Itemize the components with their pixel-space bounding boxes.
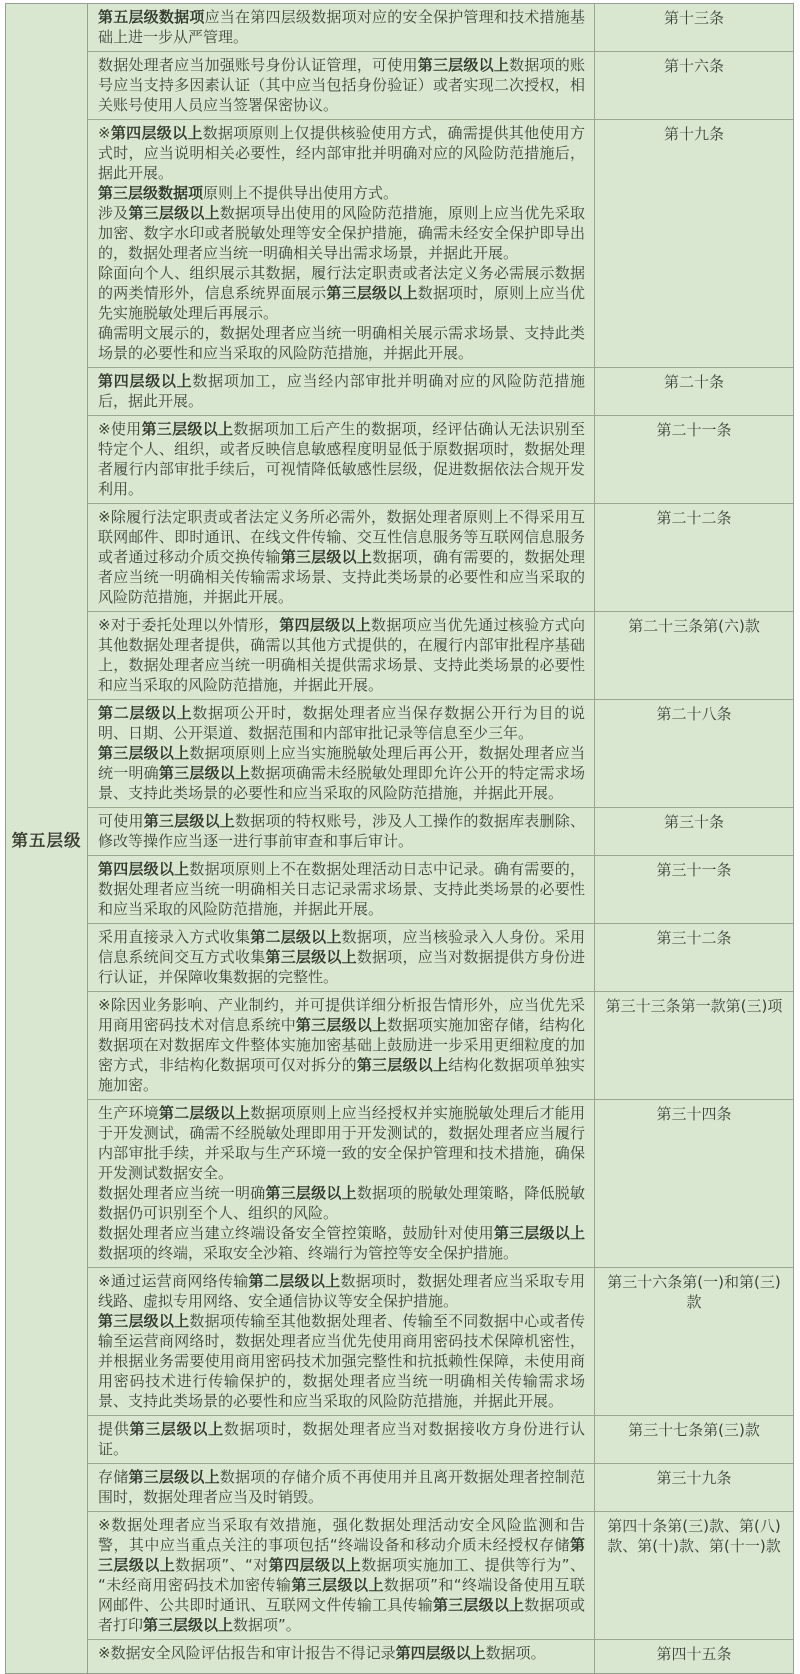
requirement-cell: 第五层级数据项应当在第四层级数据项对应的安全保护管理和技术措施基础上进一步从严管… xyxy=(88,4,595,51)
requirement-paragraph: 第五层级数据项应当在第四层级数据项对应的安全保护管理和技术措施基础上进一步从严管… xyxy=(98,7,585,47)
requirement-paragraph: 第四层级以上数据项加工，应当经内部审批并明确对应的风险防范措施后，据此开展。 xyxy=(98,371,585,411)
data-level-term: 第三层级以上 xyxy=(326,284,417,302)
article-ref-cell: 第三十七条第(三)款 xyxy=(595,1416,793,1463)
article-ref-cell: 第三十一条 xyxy=(595,856,793,923)
requirement-paragraph: 提供第三层级以上数据项时，数据处理者应当对数据接收方身份进行认证。 xyxy=(98,1419,585,1459)
article-ref-cell: 第三十九条 xyxy=(595,1464,793,1511)
requirement-cell: 数据处理者应当加强账号身份认证管理，可使用第三层级以上数据项的账号应当支持多因素… xyxy=(88,52,595,119)
requirement-paragraph: 数据处理者应当加强账号身份认证管理，可使用第三层级以上数据项的账号应当支持多因素… xyxy=(98,55,585,115)
article-ref-cell: 第二十条 xyxy=(595,368,793,415)
level-label-cell: 第五层级 xyxy=(6,4,88,1673)
data-level-term: 第三层级以上 xyxy=(128,1468,219,1486)
article-ref-cell: 第三十条 xyxy=(595,808,793,855)
table-row: ※数据处理者应当采取有效措施，强化数据处理活动安全风险监测和告警，其中应当重点关… xyxy=(88,1512,793,1640)
data-level-term: 第二层级以上 xyxy=(249,1272,341,1290)
requirement-paragraph: 生产环境第二层级以上数据项原则上应当经授权并实施脱敏处理后才能用于开发测试，确需… xyxy=(98,1103,585,1183)
article-ref-cell: 第三十四条 xyxy=(595,1100,793,1267)
data-level-term: 第四层级以上 xyxy=(279,616,371,634)
requirement-paragraph: ※对于委托处理以外情形，第四层级以上数据项应当优先通过核验方式向其他数据处理者提… xyxy=(98,615,585,695)
requirement-cell: 可使用第三层级以上数据项的特权账号，涉及人工操作的数据库表删除、修改等操作应当逐… xyxy=(88,808,595,855)
data-level-term: 第五层级数据项 xyxy=(98,8,205,26)
requirement-paragraph: ※数据安全风险评估报告和审计报告不得记录第四层级以上数据项。 xyxy=(98,1643,585,1663)
requirement-paragraph: ※第四层级以上数据项原则上仅提供核验使用方式，确需提供其他使用方式时，应当说明相… xyxy=(98,123,585,183)
requirement-paragraph: 第二层级以上数据项公开时，数据处理者应当保存数据公开行为目的说明、日期、公开渠道… xyxy=(98,703,585,743)
table-row: ※对于委托处理以外情形，第四层级以上数据项应当优先通过核验方式向其他数据处理者提… xyxy=(88,612,793,700)
data-level-term: 第三层级以上 xyxy=(418,56,509,74)
requirement-cell: ※除履行法定职责或者法定义务所必需外，数据处理者原则上不得采用互联网邮件、即时通… xyxy=(88,504,595,611)
table-row: 第五层级数据项应当在第四层级数据项对应的安全保护管理和技术措施基础上进一步从严管… xyxy=(88,4,793,52)
requirement-cell: 第二层级以上数据项公开时，数据处理者应当保存数据公开行为目的说明、日期、公开渠道… xyxy=(88,700,595,807)
data-level-term: 第三层级以上 xyxy=(98,1312,189,1330)
table-row: 生产环境第二层级以上数据项原则上应当经授权并实施脱敏处理后才能用于开发测试，确需… xyxy=(88,1100,793,1268)
table-row: 可使用第三层级以上数据项的特权账号，涉及人工操作的数据库表删除、修改等操作应当逐… xyxy=(88,808,793,856)
table-row: 第二层级以上数据项公开时，数据处理者应当保存数据公开行为目的说明、日期、公开渠道… xyxy=(88,700,793,808)
data-level-term: 第三层级数据项 xyxy=(98,184,203,202)
data-level-term: 第三层级以上 xyxy=(144,812,235,830)
table-rows: 第五层级数据项应当在第四层级数据项对应的安全保护管理和技术措施基础上进一步从严管… xyxy=(88,4,793,1673)
requirement-paragraph: 涉及第三层级以上数据项导出使用的风险防范措施，原则上应当优先采取加密、数字水印或… xyxy=(98,203,585,263)
data-level-term: 第三层级以上 xyxy=(141,420,233,438)
table-row: ※使用第三层级以上数据项加工后产生的数据项，经评估确认无法识别至特定个人、组织，… xyxy=(88,416,793,504)
requirement-paragraph: 第四层级以上数据项原则上不在数据处理活动日志中记录。确有需要的，数据处理者应当统… xyxy=(98,859,585,919)
article-ref-cell: 第三十二条 xyxy=(595,924,793,991)
requirement-paragraph: 存储第三层级以上数据项的存储介质不再使用并且离开数据处理者控制范围时，数据处理者… xyxy=(98,1467,585,1507)
table-row: ※第四层级以上数据项原则上仅提供核验使用方式，确需提供其他使用方式时，应当说明相… xyxy=(88,120,793,368)
requirement-cell: 采用直接录入方式收集第二层级以上数据项，应当核验录入人身份。采用信息系统间交互方… xyxy=(88,924,595,991)
article-ref-cell: 第四十条第(三)款、第(八)款、第(十)款、第(十一)款 xyxy=(595,1512,793,1639)
requirement-cell: ※第四层级以上数据项原则上仅提供核验使用方式，确需提供其他使用方式时，应当说明相… xyxy=(88,120,595,367)
data-level-term: 第三层级以上 xyxy=(265,948,356,966)
requirement-cell: ※使用第三层级以上数据项加工后产生的数据项，经评估确认无法识别至特定个人、组织，… xyxy=(88,416,595,503)
requirement-paragraph: 采用直接录入方式收集第二层级以上数据项，应当核验录入人身份。采用信息系统间交互方… xyxy=(98,927,585,987)
requirement-cell: 存储第三层级以上数据项的存储介质不再使用并且离开数据处理者控制范围时，数据处理者… xyxy=(88,1464,595,1511)
data-level-term: 第三层级以上 xyxy=(291,1576,384,1594)
data-level-term: 第三层级以上 xyxy=(296,1016,387,1034)
requirement-paragraph: ※数据处理者应当采取有效措施，强化数据处理活动安全风险监测和告警，其中应当重点关… xyxy=(98,1515,585,1635)
table-row: 存储第三层级以上数据项的存储介质不再使用并且离开数据处理者控制范围时，数据处理者… xyxy=(88,1464,793,1512)
requirement-paragraph: 数据处理者应当统一明确第三层级以上数据项的脱敏处理策略，降低脱敏数据仍可识别至个… xyxy=(98,1183,585,1223)
level-label: 第五层级 xyxy=(12,827,82,851)
article-ref-cell: 第二十三条第(六)款 xyxy=(595,612,793,699)
article-ref-cell: 第十九条 xyxy=(595,120,793,367)
requirement-paragraph: 第三层级以上数据项原则上应当实施脱敏处理后再公开，数据处理者应当统一明确第三层级… xyxy=(98,743,585,803)
data-level-term: 第二层级以上 xyxy=(159,1104,250,1122)
data-level-term: 第三层级以上 xyxy=(143,1616,233,1634)
article-ref-cell: 第十六条 xyxy=(595,52,793,119)
article-ref-cell: 第二十一条 xyxy=(595,416,793,503)
article-ref-cell: 第二十二条 xyxy=(595,504,793,611)
data-level-term: 第四层级以上 xyxy=(98,372,192,390)
table-row: 采用直接录入方式收集第二层级以上数据项，应当核验录入人身份。采用信息系统间交互方… xyxy=(88,924,793,992)
data-level-term: 第三层级以上 xyxy=(128,204,219,222)
data-level-term: 第三层级以上 xyxy=(357,1056,448,1074)
requirement-paragraph: 可使用第三层级以上数据项的特权账号，涉及人工操作的数据库表删除、修改等操作应当逐… xyxy=(98,811,585,851)
table-row: ※数据安全风险评估报告和审计报告不得记录第四层级以上数据项。第四十五条 xyxy=(88,1640,793,1673)
requirement-paragraph: 第三层级以上数据项传输至其他数据处理者、传输至不同数据中心或者传输至运营商网络时… xyxy=(98,1311,585,1411)
requirement-paragraph: ※使用第三层级以上数据项加工后产生的数据项，经评估确认无法识别至特定个人、组织，… xyxy=(98,419,585,499)
data-level-term: 第四层级以上 xyxy=(111,124,203,142)
table-row: 提供第三层级以上数据项时，数据处理者应当对数据接收方身份进行认证。第三十七条第(… xyxy=(88,1416,793,1464)
table-row: ※通过运营商网络传输第二层级以上数据项时，数据处理者应当采取专用线路、虚拟专用网… xyxy=(88,1268,793,1416)
article-ref-cell: 第三十六条第(一)和第(三)款 xyxy=(595,1268,793,1415)
requirement-paragraph: 第三层级数据项原则上不提供导出使用方式。 xyxy=(98,183,585,203)
requirement-paragraph: 数据处理者应当建立终端设备安全管控策略，鼓励针对使用第三层级以上数据项的终端，采… xyxy=(98,1223,585,1263)
requirement-paragraph: 确需明文展示的，数据处理者应当统一明确相关展示需求场景、支持此类场景的必要性和应… xyxy=(98,323,585,363)
table-row: 第四层级以上数据项原则上不在数据处理活动日志中记录。确有需要的，数据处理者应当统… xyxy=(88,856,793,924)
level5-requirements-table: 第五层级 第五层级数据项应当在第四层级数据项对应的安全保护管理和技术措施基础上进… xyxy=(5,3,794,1674)
requirement-cell: 第四层级以上数据项原则上不在数据处理活动日志中记录。确有需要的，数据处理者应当统… xyxy=(88,856,595,923)
requirement-cell: ※除因业务影响、产业制约，并可提供详细分析报告情形外，应当优先采用商用密码技术对… xyxy=(88,992,595,1099)
requirement-cell: ※通过运营商网络传输第二层级以上数据项时，数据处理者应当采取专用线路、虚拟专用网… xyxy=(88,1268,595,1415)
article-ref-cell: 第四十五条 xyxy=(595,1640,793,1673)
data-level-term: 第三层级以上 xyxy=(159,764,250,782)
article-ref-cell: 第三十三条第一款第(三)项 xyxy=(595,992,793,1099)
requirement-paragraph: ※除履行法定职责或者法定义务所必需外，数据处理者原则上不得采用互联网邮件、即时通… xyxy=(98,507,585,607)
requirement-cell: 第四层级以上数据项加工，应当经内部审批并明确对应的风险防范措施后，据此开展。 xyxy=(88,368,595,415)
article-ref-cell: 第十三条 xyxy=(595,4,793,51)
requirement-cell: ※对于委托处理以外情形，第四层级以上数据项应当优先通过核验方式向其他数据处理者提… xyxy=(88,612,595,699)
requirement-paragraph: 除面向个人、组织展示其数据，履行法定职责或者法定义务必需展示数据的两类情形外，信… xyxy=(98,263,585,323)
requirement-cell: 提供第三层级以上数据项时，数据处理者应当对数据接收方身份进行认证。 xyxy=(88,1416,595,1463)
table-row: 第四层级以上数据项加工，应当经内部审批并明确对应的风险防范措施后，据此开展。第二… xyxy=(88,368,793,416)
table-row: ※除因业务影响、产业制约，并可提供详细分析报告情形外，应当优先采用商用密码技术对… xyxy=(88,992,793,1100)
table-row: ※除履行法定职责或者法定义务所必需外，数据处理者原则上不得采用互联网邮件、即时通… xyxy=(88,504,793,612)
data-level-term: 第四层级以上 xyxy=(98,860,189,878)
requirement-cell: ※数据处理者应当采取有效措施，强化数据处理活动安全风险监测和告警，其中应当重点关… xyxy=(88,1512,595,1639)
data-level-term: 第四层级以上 xyxy=(269,1556,362,1574)
article-ref-cell: 第二十八条 xyxy=(595,700,793,807)
requirement-paragraph: ※通过运营商网络传输第二层级以上数据项时，数据处理者应当采取专用线路、虚拟专用网… xyxy=(98,1271,585,1311)
data-level-term: 第二层级以上 xyxy=(250,928,341,946)
data-level-term: 第三层级以上 xyxy=(281,548,372,566)
table-row: 数据处理者应当加强账号身份认证管理，可使用第三层级以上数据项的账号应当支持多因素… xyxy=(88,52,793,120)
data-level-term: 第二层级以上 xyxy=(98,704,192,722)
data-level-term: 第三层级以上 xyxy=(265,1184,356,1202)
requirement-cell: 生产环境第二层级以上数据项原则上应当经授权并实施脱敏处理后才能用于开发测试，确需… xyxy=(88,1100,595,1267)
requirement-cell: ※数据安全风险评估报告和审计报告不得记录第四层级以上数据项。 xyxy=(88,1640,595,1673)
data-level-term: 第三层级以上 xyxy=(98,744,189,762)
data-level-term: 第四层级以上 xyxy=(396,1644,486,1662)
data-level-term: 第三层级以上 xyxy=(433,1596,524,1614)
data-level-term: 第三层级以上 xyxy=(494,1224,585,1242)
requirement-paragraph: ※除因业务影响、产业制约，并可提供详细分析报告情形外，应当优先采用商用密码技术对… xyxy=(98,995,585,1095)
data-level-term: 第三层级以上 xyxy=(129,1420,223,1438)
